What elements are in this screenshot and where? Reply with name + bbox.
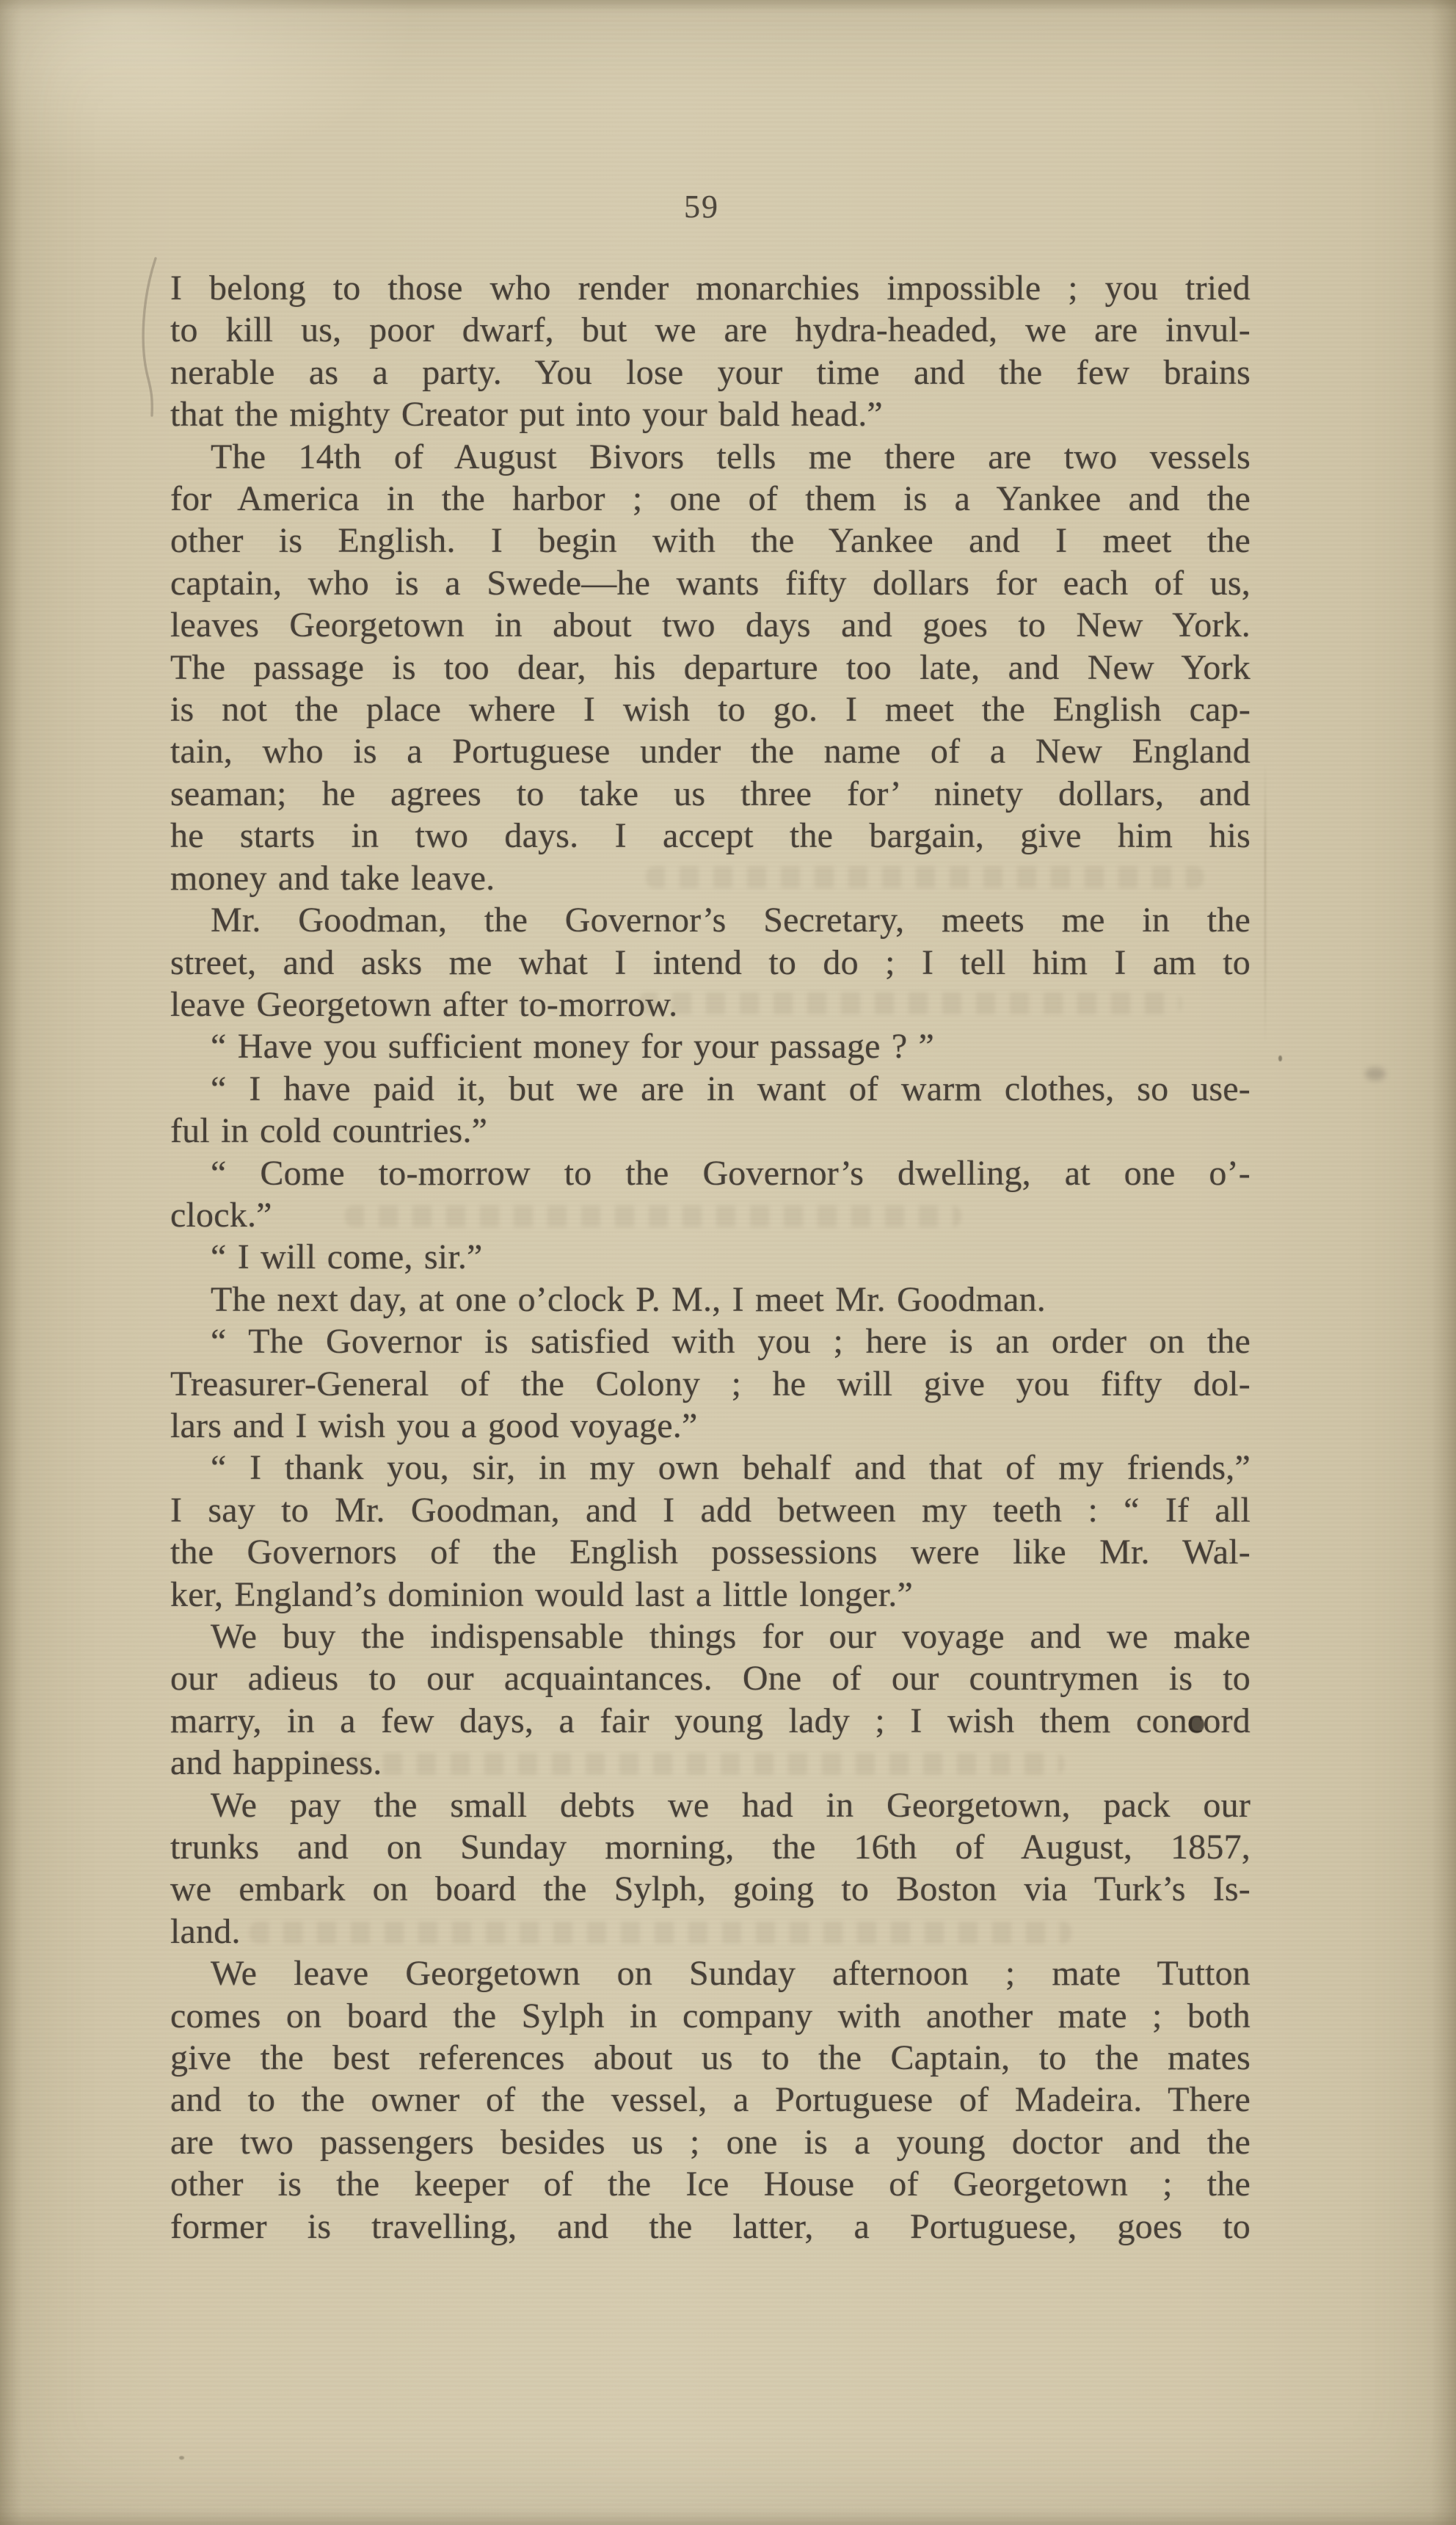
paragraph: Mr. Goodman, the Governor’s Secretary, m… [170, 899, 1251, 1025]
text-line: We leave Georgetown on Sunday afternoon … [170, 1952, 1251, 1994]
text-line: trunks and on Sunday morning, the 16th o… [170, 1826, 1251, 1868]
text-line: to kill us, poor dwarf, but we are hydra… [170, 309, 1251, 351]
text-line: we embark on board the Sylph, going to B… [170, 1868, 1251, 1910]
ink-speck [179, 2456, 184, 2460]
text-line: We buy the indispensable things for our … [170, 1616, 1251, 1657]
text-line: “ Have you sufficient money for your pas… [170, 1025, 1251, 1067]
text-line: street, and asks me what I intend to do … [170, 942, 1251, 984]
text-line: ker, England’s dominion would last a lit… [170, 1574, 1251, 1616]
book-page: 59 I belong to those who render monarchi… [0, 0, 1456, 2525]
text-line: Mr. Goodman, the Governor’s Secretary, m… [170, 899, 1251, 941]
paragraph: The 14th of August Bivors tells me there… [170, 436, 1251, 899]
text-line: that the mighty Creator put into your ba… [170, 393, 1251, 435]
paragraph: “ Come to-morrow to the Governor’s dwell… [170, 1152, 1251, 1237]
text-line: The next day, at one o’clock P. M., I me… [170, 1279, 1251, 1320]
text-line: “ I have paid it, but we are in want of … [170, 1068, 1251, 1110]
text-line: lars and I wish you a good voyage.” [170, 1405, 1251, 1447]
text-line: former is travelling, and the latter, a … [170, 2206, 1251, 2248]
text-line: land. [170, 1911, 1251, 1952]
text-line: nerable as a party. You lose your time a… [170, 352, 1251, 393]
text-line: We pay the small debts we had in Georget… [170, 1784, 1251, 1826]
paragraph: The next day, at one o’clock P. M., I me… [170, 1279, 1251, 1320]
paragraph: I belong to those who render monarchies … [170, 267, 1251, 436]
ink-speck [1278, 1056, 1282, 1061]
text-line: tain, who is a Portuguese under the name… [170, 730, 1251, 772]
text-line: for America in the harbor ; one of them … [170, 478, 1251, 520]
text-line: “ I thank you, sir, in my own behalf and… [170, 1447, 1251, 1489]
page-number: 59 [170, 188, 1233, 225]
text-line: seaman; he agrees to take us three for’ … [170, 773, 1251, 815]
text-line: money and take leave. [170, 857, 1251, 899]
text-line: leaves Georgetown in about two days and … [170, 604, 1251, 646]
text-line: “ The Governor is satisfied with you ; h… [170, 1320, 1251, 1362]
text-line: I belong to those who render monarchies … [170, 267, 1251, 309]
text-line: captain, who is a Swede—he wants fifty d… [170, 562, 1251, 604]
text-line: and happiness. [170, 1742, 1251, 1784]
text-line: comes on board the Sylph in company with… [170, 1995, 1251, 2037]
text-line: give the best references about us to the… [170, 2037, 1251, 2079]
paragraph: “ The Governor is satisfied with you ; h… [170, 1320, 1251, 1447]
text-line: leave Georgetown after to-morrow. [170, 984, 1251, 1025]
text-line: “ I will come, sir.” [170, 1236, 1251, 1278]
text-line: The passage is too dear, his departure t… [170, 647, 1251, 689]
text-line: “ Come to-morrow to the Governor’s dwell… [170, 1152, 1251, 1194]
page-text: I belong to those who render monarchies … [170, 267, 1251, 2248]
text-line: I say to Mr. Goodman, and I add between … [170, 1489, 1251, 1531]
text-line: our adieus to our acquaintances. One of … [170, 1657, 1251, 1699]
paragraph: We buy the indispensable things for our … [170, 1616, 1251, 1784]
text-line: Treasurer-General of the Colony ; he wil… [170, 1363, 1251, 1405]
paragraph: “ I will come, sir.” [170, 1236, 1251, 1278]
text-line: ful in cold countries.” [170, 1110, 1251, 1152]
paragraph: “ I have paid it, but we are in want of … [170, 1068, 1251, 1152]
paragraph: We leave Georgetown on Sunday afternoon … [170, 1952, 1251, 2248]
text-line: the Governors of the English possessions… [170, 1531, 1251, 1573]
text-line: are two passengers besides us ; one is a… [170, 2121, 1251, 2163]
pencil-mark [131, 252, 175, 421]
paper-crease [1264, 763, 1266, 1042]
text-line: clock.” [170, 1194, 1251, 1236]
paragraph: We pay the small debts we had in Georget… [170, 1784, 1251, 1953]
ink-smudge [1365, 1067, 1386, 1080]
text-line: marry, in a few days, a fair young lady … [170, 1700, 1251, 1742]
text-line: he starts in two days. I accept the barg… [170, 815, 1251, 857]
text-line: other is the keeper of the Ice House of … [170, 2163, 1251, 2205]
text-line: other is English. I begin with the Yanke… [170, 520, 1251, 562]
text-line: and to the owner of the vessel, a Portug… [170, 2079, 1251, 2121]
paragraph: “ I thank you, sir, in my own behalf and… [170, 1447, 1251, 1616]
text-line: The 14th of August Bivors tells me there… [170, 436, 1251, 478]
text-line: is not the place where I wish to go. I m… [170, 689, 1251, 730]
paragraph: “ Have you sufficient money for your pas… [170, 1025, 1251, 1067]
